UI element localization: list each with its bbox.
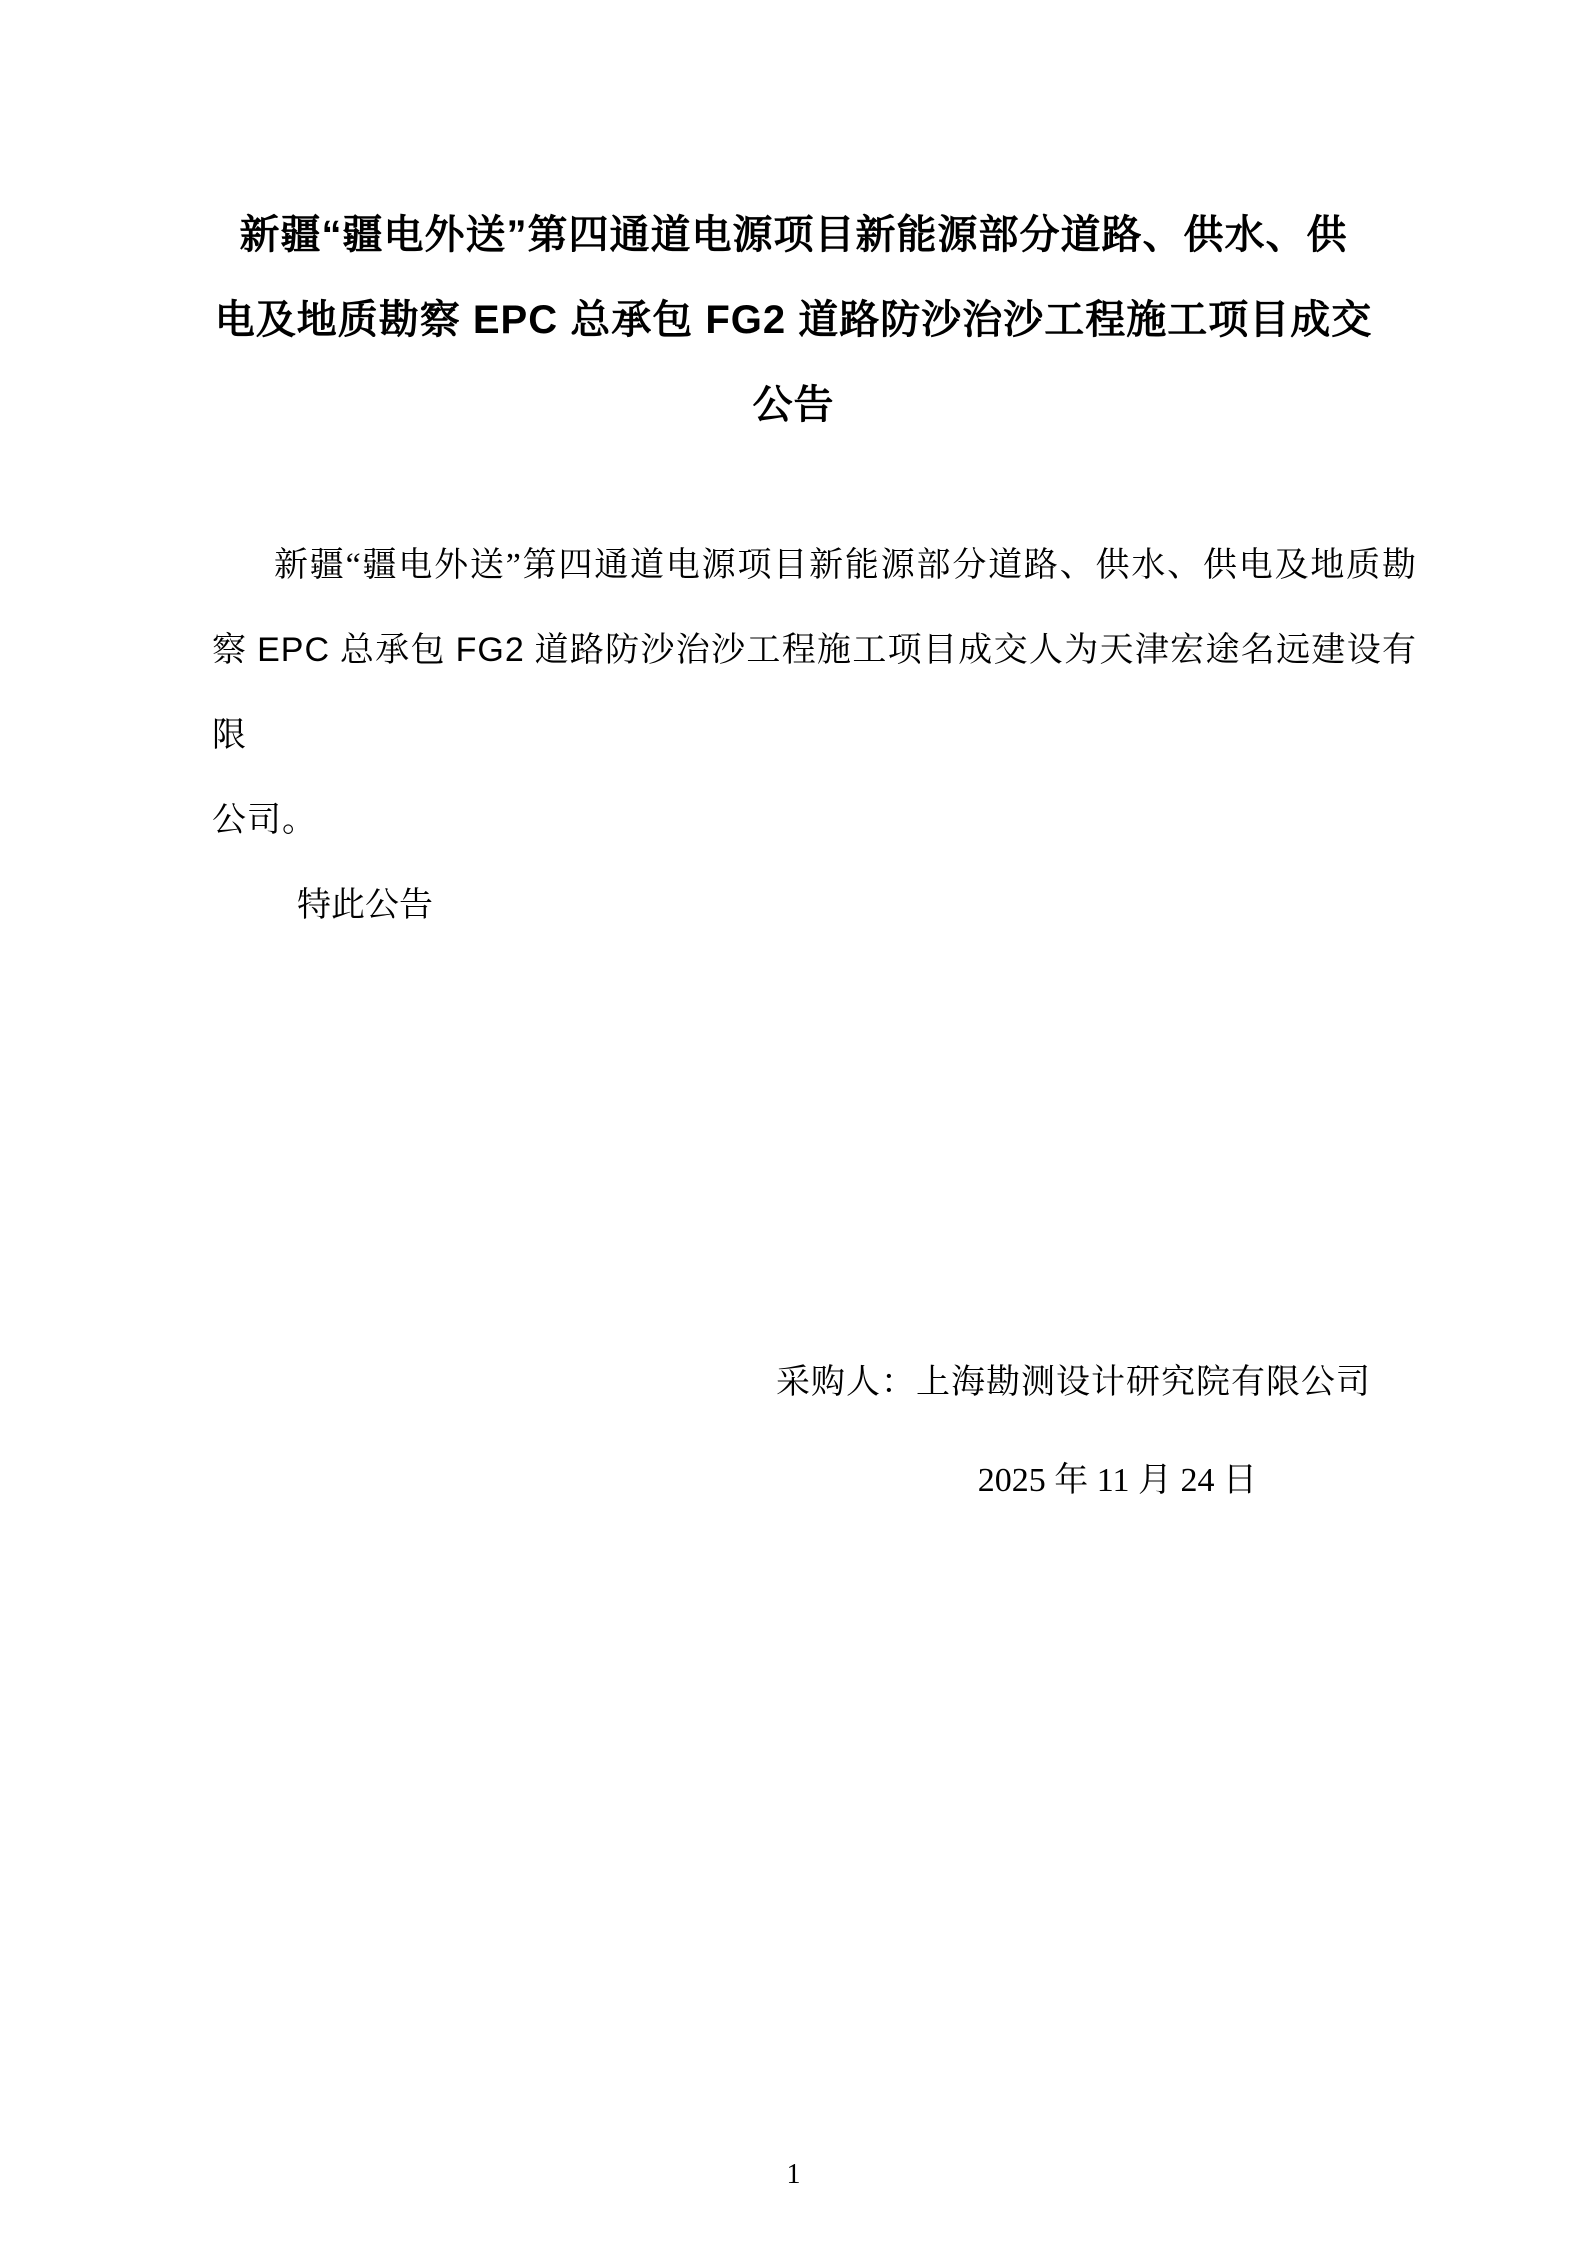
body-line-2-text: 察 xyxy=(212,632,257,669)
title-line-3: 公告 xyxy=(150,363,1437,448)
page-number: 1 xyxy=(0,2157,1587,2193)
body-paragraph: 新疆“疆电外送”第四通道电源项目新能源部分道路、供水、供电及地质勘 察 EPC … xyxy=(0,523,1587,948)
body-line-1: 新疆“疆电外送”第四通道电源项目新能源部分道路、供水、供电及地质勘 xyxy=(212,523,1417,608)
signature-block: 采购人：上海勘测设计研究院有限公司 2025 年 11 月 24 日 xyxy=(0,1340,1587,1523)
closing-statement: 特此公告 xyxy=(212,863,1417,948)
document-page: 新疆“疆电外送”第四通道电源项目新能源部分道路、供水、供 电及地质勘察 EPC … xyxy=(0,0,1587,2245)
date-line: 2025 年 11 月 24 日 xyxy=(0,1438,1587,1523)
purchaser-line: 采购人：上海勘测设计研究院有限公司 xyxy=(0,1340,1587,1425)
body-line-3: 公司。 xyxy=(212,778,1417,863)
title-line-2: 电及地质勘察 EPC 总承包 FG2 道路防沙治沙工程施工项目成交 xyxy=(150,278,1437,363)
title-line-1: 新疆“疆电外送”第四通道电源项目新能源部分道路、供水、供 xyxy=(150,193,1437,278)
body-line-2-text: 总承包 xyxy=(330,632,456,669)
body-line-2: 察 EPC 总承包 FG2 道路防沙治沙工程施工项目成交人为天津宏途名远建设有限 xyxy=(212,608,1417,778)
epc-abbreviation: EPC xyxy=(257,631,330,669)
document-title: 新疆“疆电外送”第四通道电源项目新能源部分道路、供水、供 电及地质勘察 EPC … xyxy=(0,193,1587,448)
fg2-code: FG2 xyxy=(456,631,525,669)
